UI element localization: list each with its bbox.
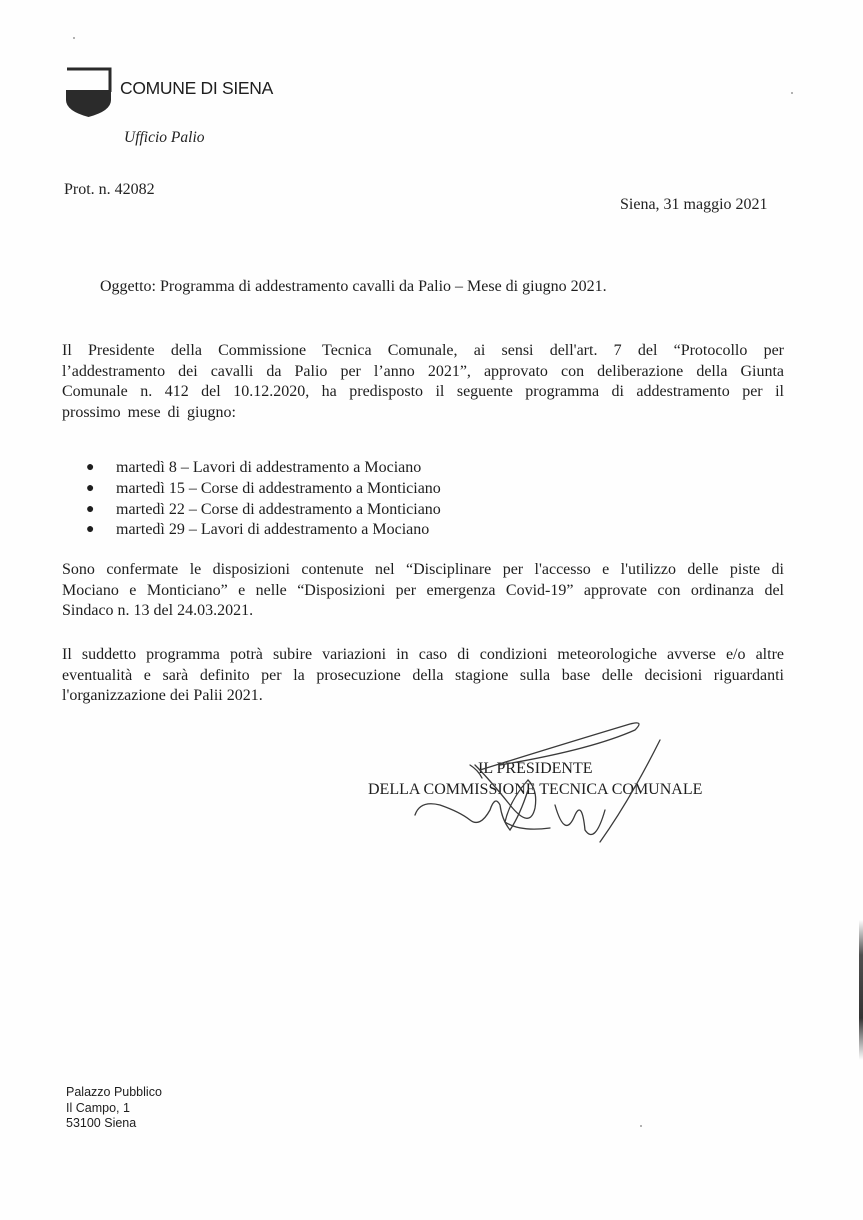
address-line: Palazzo Pubblico: [66, 1085, 162, 1101]
paragraph-line: l’addestramento dei cavalli da Palio per…: [62, 362, 784, 383]
handwritten-signature-icon: [360, 710, 780, 860]
scan-speck: [73, 37, 75, 39]
bullet-icon: ●: [86, 458, 94, 479]
paragraph-line: prossimo mese di giugno:: [62, 403, 784, 424]
list-item: ●martedì 15 – Corse di addestramento a M…: [86, 479, 441, 500]
paragraph-line: eventualità e sarà definito per la prose…: [62, 666, 784, 687]
bullet-icon: ●: [86, 479, 94, 500]
bullet-icon: ●: [86, 520, 94, 541]
siena-shield-icon: [66, 66, 112, 118]
paragraph-line: Il suddetto programma potrà subire varia…: [62, 645, 784, 666]
list-item: ●martedì 8 – Lavori di addestramento a M…: [86, 458, 441, 479]
paragraph-line: Il Presidente della Commissione Tecnica …: [62, 341, 784, 362]
paragraph-line: l'organizzazione dei Palii 2021.: [62, 686, 784, 707]
list-item: ●martedì 22 – Corse di addestramento a M…: [86, 500, 441, 521]
address-line: 53100 Siena: [66, 1116, 162, 1132]
address-line: Il Campo, 1: [66, 1101, 162, 1117]
bullet-icon: ●: [86, 500, 94, 521]
paragraph-intro: Il Presidente della Commissione Tecnica …: [62, 341, 784, 423]
place-date: Siena, 31 maggio 2021: [620, 196, 768, 214]
paragraph-line: Comunale n. 412 del 10.12.2020, ha predi…: [62, 382, 784, 403]
paragraph-line: Sindaco n. 13 del 24.03.2021.: [62, 601, 784, 622]
org-name: COMUNE DI SIENA: [120, 78, 273, 99]
subject-line: Oggetto: Programma di addestramento cava…: [100, 278, 607, 296]
scan-speck: [640, 1125, 642, 1127]
protocol-number: Prot. n. 42082: [64, 181, 155, 199]
training-schedule-list: ●martedì 8 – Lavori di addestramento a M…: [86, 458, 441, 541]
signature-block: IL PRESIDENTE DELLA COMMISSIONE TECNICA …: [360, 710, 780, 860]
letter-page: COMUNE DI SIENA Ufficio Palio Prot. n. 4…: [0, 0, 863, 1220]
scan-speck: [791, 92, 793, 94]
office-name: Ufficio Palio: [124, 129, 205, 147]
paragraph-variations: Il suddetto programma potrà subire varia…: [62, 645, 784, 707]
paragraph-line: Sono confermate le disposizioni contenut…: [62, 560, 784, 581]
list-item: ●martedì 29 – Lavori di addestramento a …: [86, 520, 441, 541]
scan-edge-artifact: [859, 920, 863, 1060]
paragraph-regulations: Sono confermate le disposizioni contenut…: [62, 560, 784, 622]
address-footer: Palazzo Pubblico Il Campo, 1 53100 Siena: [66, 1085, 162, 1132]
paragraph-line: Mociano e Monticiano” e nelle “Disposizi…: [62, 581, 784, 602]
